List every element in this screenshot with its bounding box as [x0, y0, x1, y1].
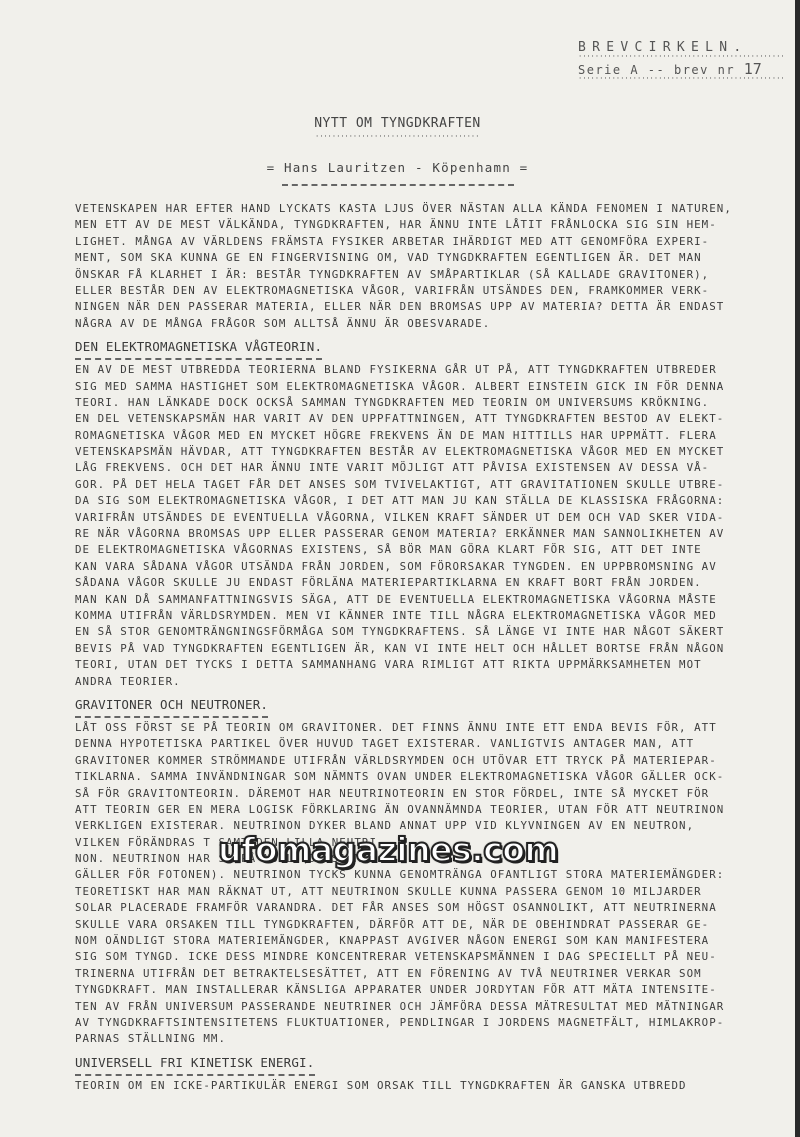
issue-number: 17 — [744, 60, 762, 78]
series-label: Serie A -- brev nr — [578, 63, 735, 77]
text-line: non. Neutrinon har sa på noll (detsamma — [75, 851, 783, 867]
text-line: ment, som ska kunna ge en fingervisning … — [75, 250, 783, 266]
page-edge — [795, 0, 800, 1137]
section-paragraph: Teorin om en icke-partikulär energi som … — [75, 1078, 783, 1094]
text-line: nom oändligt stora materiemängder, knapp… — [75, 933, 783, 949]
text-line: solar placerade framför varandra. Det få… — [75, 900, 783, 916]
section-heading: DEN ELEKTROMAGNETISKA VÅGTEORIN. — [75, 338, 322, 360]
text-line: gravitoner kommer strömmande utifrån vär… — [75, 753, 783, 769]
text-line: da sig som elektromagnetiska vågor, i de… — [75, 493, 783, 509]
article-body: Vetenskapen har efter hand lyckats kasta… — [75, 201, 783, 1096]
section-paragraph: En av de mest utbredda teorierna bland f… — [75, 362, 783, 690]
title-tick-underline: ''''''''''''''''''''''''''''''''''''''''… — [315, 135, 480, 142]
text-line: teori. Han länkade dock också samman tyn… — [75, 395, 783, 411]
text-line: så för gravitonteorin. Däremot har neutr… — [75, 786, 783, 802]
article-title-block: NYTT OM TYNGDKRAFTEN '''''''''''''''''''… — [0, 116, 795, 190]
document-page: BREVCIRKELN. '''''''''''''''''''''''''''… — [0, 0, 795, 1137]
publication-header: BREVCIRKELN. '''''''''''''''''''''''''''… — [578, 40, 783, 84]
text-line: att teorin ger en mera logisk förklaring… — [75, 802, 783, 818]
text-line: Låt oss först se på teorin om gravitoner… — [75, 720, 783, 736]
section-paragraph: Låt oss först se på teorin om gravitoner… — [75, 720, 783, 1048]
text-line: tyngdkraft. Man installerar känsliga app… — [75, 982, 783, 998]
text-line: gor. På det hela taget får det anses som… — [75, 477, 783, 493]
article-title: NYTT OM TYNGDKRAFTEN — [0, 116, 795, 131]
text-line: skulle vara orsaken till tyngdkraften, d… — [75, 917, 783, 933]
text-line: ten av från universum passerande neutrin… — [75, 999, 783, 1015]
text-line: kan vara sådana vågor utsända från jorde… — [75, 559, 783, 575]
text-line: en så stor genomträngningsförmåga som ty… — [75, 624, 783, 640]
text-line: trinerna utifrån det betraktelsesättet, … — [75, 966, 783, 982]
text-line: sådana vågor skulle ju endast förläna ma… — [75, 575, 783, 591]
text-line: ningen när den passerar materia, eller n… — [75, 299, 783, 315]
text-line: En av de mest utbredda teorierna bland f… — [75, 362, 783, 378]
text-line: låg frekvens. Och det har ännu inte vari… — [75, 460, 783, 476]
text-line: några av de många frågor som alltså ännu… — [75, 316, 783, 332]
text-line: eller består den av elektromagnetiska vå… — [75, 283, 783, 299]
text-line: de elektromagnetiska vågornas existens, … — [75, 542, 783, 558]
publication-name: BREVCIRKELN. — [578, 40, 783, 55]
text-line: komma utifrån världsrymden. Men vi känne… — [75, 608, 783, 624]
text-line: Man kan då sammanfattningsvis säga, att … — [75, 592, 783, 608]
text-line: denna hypotetiska partikel över huvud ta… — [75, 736, 783, 752]
text-line: av tyngdkraftsintensitetens fluktuatione… — [75, 1015, 783, 1031]
section-heading: UNIVERSELL FRI KINETISK ENERGI. — [75, 1054, 315, 1076]
text-line: romagnetiska vågor med en mycket högre f… — [75, 428, 783, 444]
tick-underline: ''''''''''''''''''''''''''''''''''''''''… — [578, 77, 783, 84]
text-line: önskar få klarhet i är: består tyngdkraf… — [75, 267, 783, 283]
text-line: vilken förändras t samt den lilla neutri… — [75, 835, 783, 851]
text-line: sig med samma hastighet som elektromagne… — [75, 379, 783, 395]
series-line: Serie A -- brev nr 17 — [578, 62, 783, 77]
text-line: Teorin om en icke-partikulär energi som … — [75, 1078, 783, 1094]
article-author: = Hans Lauritzen - Köpenhamn = — [0, 160, 795, 175]
text-line: Vetenskapen har efter hand lyckats kasta… — [75, 201, 783, 217]
author-underline — [282, 180, 514, 186]
text-line: teori, utan det tycks i detta sammanhang… — [75, 657, 783, 673]
text-line: andra teorier. — [75, 674, 783, 690]
text-line: teoretiskt har man räknat ut, att neutri… — [75, 884, 783, 900]
text-line: gäller för fotonen). Neutrinon tycks kun… — [75, 867, 783, 883]
text-line: sig som tyngd. Icke dess mindre koncentr… — [75, 949, 783, 965]
text-line: tiklarna. Samma invändningar som nämnts … — [75, 769, 783, 785]
text-line: varifrån utsändes de eventuella vågorna,… — [75, 510, 783, 526]
text-line: verkligen existerar. Neutrinon dyker bla… — [75, 818, 783, 834]
section-paragraph: Vetenskapen har efter hand lyckats kasta… — [75, 201, 783, 332]
section-heading: GRAVITONER OCH NEUTRONER. — [75, 696, 268, 718]
text-line: parnas ställning mm. — [75, 1031, 783, 1047]
text-line: vetenskapsmän hävdar, att tyngdkraften b… — [75, 444, 783, 460]
text-line: re när vågorna bromsas upp eller passera… — [75, 526, 783, 542]
text-line: men ett av de mest välkända, tyngdkrafte… — [75, 217, 783, 233]
text-line: bevis på vad tyngdkraften egentligen är,… — [75, 641, 783, 657]
text-line: lighet. Många av världens främsta fysike… — [75, 234, 783, 250]
text-line: En del vetenskapsmän har varit av den up… — [75, 411, 783, 427]
